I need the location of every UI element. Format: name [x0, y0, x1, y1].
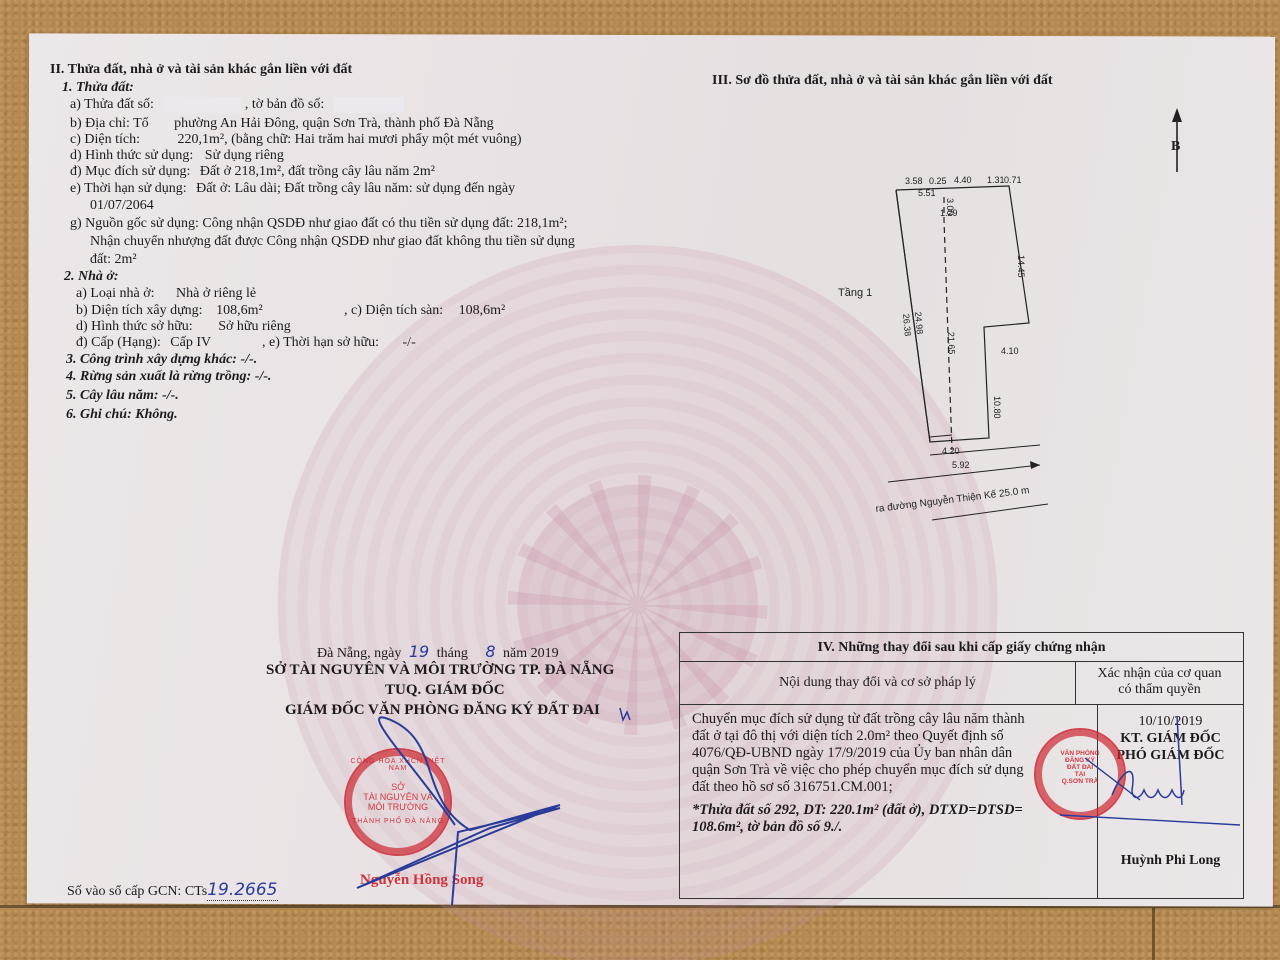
- seal-right-line-4: TẠI: [1036, 771, 1124, 778]
- ownership-value: Sở hữu riêng: [218, 319, 291, 334]
- construction-area-row: b) Diện tích xây dựng: 108,6m²: [76, 303, 263, 319]
- authorization-title: TUQ. GIÁM ĐỐC: [385, 682, 505, 699]
- address-label: b) Địa chỉ: Tổ: [70, 116, 149, 131]
- sign-month-label: tháng: [437, 646, 468, 661]
- usage-purpose-value: Đất ở 218,1m², đất trồng cây lâu năm 2m²: [200, 164, 435, 179]
- signer-role: GIÁM ĐỐC VĂN PHÒNG ĐĂNG KÝ ĐẤT ĐAI: [285, 702, 600, 719]
- floor-area-value: 108,6m²: [459, 303, 506, 318]
- seal-right-line-2: ĐĂNG KÝ: [1036, 757, 1124, 764]
- other-constructions: 3. Công trình xây dựng khác: -/-.: [66, 352, 257, 368]
- changes-table-row: Chuyển mục đích sử dụng từ đất trồng cây…: [680, 705, 1243, 898]
- change-line: 4076/QĐ-UBND ngày 17/9/2019 của Ủy ban n…: [692, 745, 1087, 762]
- confirmation-date: 10/10/2019: [1098, 713, 1243, 730]
- seal-right-line-3: ĐẤT ĐAI: [1036, 764, 1124, 771]
- change-note-line-2: 108.6m², tờ bản đồ số 9./.: [692, 819, 1087, 836]
- land-parcel-row: a) Thửa đất số: , tờ bản đồ số:: [70, 97, 404, 113]
- area-value: 220,1m², (bằng chữ: Hai trăm hai mươi ph…: [177, 132, 521, 147]
- address-row: b) Địa chỉ: Tổ phường An Hải Đông, quận …: [70, 116, 494, 132]
- confirmation-role-1: KT. GIÁM ĐỐC: [1098, 730, 1243, 747]
- usage-form-value: Sử dụng riêng: [205, 148, 284, 163]
- sign-day: 19: [409, 642, 429, 661]
- area-label: c) Diện tích:: [70, 132, 140, 147]
- ownership-row: d) Hình thức sở hữu: Sở hữu riêng: [76, 319, 291, 335]
- changes-table: IV. Những thay đổi sau khi cấp giấy chứn…: [679, 632, 1244, 899]
- construction-area-value: 108,6m²: [216, 303, 263, 318]
- seal-line-2: TÀI NGUYÊN VÀ: [346, 792, 450, 802]
- floor-area-label: , c) Diện tích sàn:: [344, 303, 443, 318]
- seal-right-line-5: Q.SƠN TRÀ: [1036, 778, 1124, 785]
- sign-place-label: Đà Nẵng, ngày: [317, 646, 401, 661]
- official-seal-right: VĂN PHÒNG ĐĂNG KÝ ĐẤT ĐAI TẠI Q.SƠN TRÀ: [1034, 728, 1126, 820]
- seal-line-3: MÔI TRƯỜNG: [346, 802, 450, 812]
- usage-form-label: d) Hình thức sử dụng:: [70, 148, 193, 163]
- ownership-term-value: -/-: [403, 335, 416, 350]
- planted-forest: 4. Rừng sản xuất là rừng trồng: -/-.: [66, 369, 271, 385]
- change-line: đất ở tại đô thị với diện tích 2.0m² the…: [692, 728, 1087, 745]
- house-heading: 2. Nhà ở:: [64, 269, 119, 285]
- usage-form-row: d) Hình thức sử dụng: Sử dụng riêng: [70, 148, 284, 164]
- floor-area-row: , c) Diện tích sàn: 108,6m²: [344, 303, 505, 319]
- map-sheet-label: , tờ bản đồ số:: [245, 97, 324, 112]
- notes: 6. Ghi chú: Không.: [66, 407, 178, 423]
- seal-top-text: CỘNG HÒA XHCN VIỆT NAM: [346, 758, 450, 772]
- change-content-cell: Chuyển mục đích sử dụng từ đất trồng cây…: [680, 705, 1098, 898]
- confirmation-signer: Huỳnh Phi Long: [1098, 852, 1243, 869]
- col-header-confirmation-line-2: có thẩm quyền: [1076, 682, 1243, 698]
- seal-right-line-1: VĂN PHÒNG: [1036, 750, 1124, 757]
- grade-row: đ) Cấp (Hạng): Cấp IV: [76, 335, 211, 351]
- grade-value: Cấp IV: [170, 335, 211, 350]
- construction-area-label: b) Diện tích xây dựng:: [76, 303, 203, 318]
- change-line: Chuyển mục đích sử dụng từ đất trồng cây…: [692, 711, 1087, 728]
- section-2-title: II. Thửa đất, nhà ở và tài sản khác gắn …: [50, 62, 352, 78]
- col-header-content: Nội dung thay đổi và cơ sở pháp lý: [680, 662, 1076, 704]
- usage-purpose-row: đ) Mục đích sử dụng: Đất ở 218,1m², đất …: [70, 164, 435, 180]
- section-3-title: III. Sơ đồ thửa đất, nhà ở và tài sản kh…: [712, 73, 1053, 89]
- parcel-number-label: a) Thửa đất số:: [70, 97, 154, 112]
- register-label: Số vào sổ cấp GCN: CTs: [67, 884, 207, 899]
- register-number: 19.2665: [207, 880, 277, 901]
- address-value: phường An Hải Đông, quận Sơn Trà, thành …: [174, 116, 494, 131]
- seal-line-1: SỞ: [346, 782, 450, 792]
- confirmation-cell: 10/10/2019 KT. GIÁM ĐỐC PHÓ GIÁM ĐỐC Huỳ…: [1098, 705, 1243, 898]
- col-header-confirmation-line-1: Xác nhận của cơ quan: [1076, 666, 1243, 682]
- changes-table-title: IV. Những thay đổi sau khi cấp giấy chứn…: [680, 633, 1243, 662]
- usage-term-value: Đất ở: Lâu dài; Đất trồng cây lâu năm: s…: [196, 181, 515, 196]
- signer-name: Nguyễn Hồng Song: [360, 872, 483, 889]
- redacted-map-number: [334, 97, 404, 113]
- issuing-organization: SỞ TÀI NGUYÊN VÀ MÔI TRƯỜNG TP. ĐÀ NẴNG: [266, 662, 614, 679]
- house-type-row: a) Loại nhà ở: Nhà ở riêng lẻ: [76, 286, 256, 302]
- usage-term-label: e) Thời hạn sử dụng:: [70, 181, 187, 196]
- sign-date-row: Đà Nẵng, ngày 19 tháng 8 năm 2019: [317, 642, 559, 662]
- area-row: c) Diện tích: 220,1m², (bằng chữ: Hai tr…: [70, 132, 522, 148]
- origin-line-3: đất: 2m²: [90, 252, 137, 268]
- sign-month: 8: [485, 642, 495, 661]
- origin-line-1: g) Nguồn gốc sử dụng: Công nhận QSDĐ như…: [70, 216, 567, 232]
- land-heading: 1. Thửa đất:: [62, 80, 134, 96]
- ownership-label: d) Hình thức sở hữu:: [76, 319, 193, 334]
- changes-table-header-row: Nội dung thay đổi và cơ sở pháp lý Xác n…: [680, 662, 1243, 705]
- usage-purpose-label: đ) Mục đích sử dụng:: [70, 164, 190, 179]
- origin-line-2: Nhận chuyển nhượng đất được Công nhận QS…: [90, 234, 575, 250]
- change-note-line-1: *Thửa đất số 292, DT: 220.1m² (đất ở), D…: [692, 802, 1087, 819]
- change-line: đất theo hồ sơ số 316751.CM.001;: [692, 779, 1087, 796]
- perennial-trees: 5. Cây lâu năm: -/-.: [66, 388, 179, 404]
- change-line: quận Sơn Trà về việc cho phép chuyển mục…: [692, 762, 1087, 779]
- seal-bottom-text: THÀNH PHỐ ĐÀ NẴNG: [346, 818, 450, 825]
- sign-year: năm 2019: [503, 646, 559, 661]
- redacted-parcel-number: [163, 97, 241, 113]
- ownership-term-label: , e) Thời hạn sở hữu:: [262, 335, 379, 350]
- usage-term-row: e) Thời hạn sử dụng: Đất ở: Lâu dài; Đất…: [70, 181, 515, 197]
- ownership-term-row: , e) Thời hạn sở hữu: -/-: [262, 335, 416, 351]
- official-seal-left: CỘNG HÒA XHCN VIỆT NAM SỞ TÀI NGUYÊN VÀ …: [344, 748, 452, 856]
- register-row: Số vào sổ cấp GCN: CTs19.2665: [67, 880, 278, 900]
- house-type-label: a) Loại nhà ở:: [76, 286, 155, 301]
- house-type-value: Nhà ở riêng lẻ: [176, 286, 256, 301]
- usage-term-date: 01/07/2064: [90, 198, 154, 214]
- floor-grout: [1152, 905, 1155, 960]
- grade-label: đ) Cấp (Hạng):: [76, 335, 161, 350]
- col-header-confirmation: Xác nhận của cơ quan có thẩm quyền: [1076, 662, 1243, 704]
